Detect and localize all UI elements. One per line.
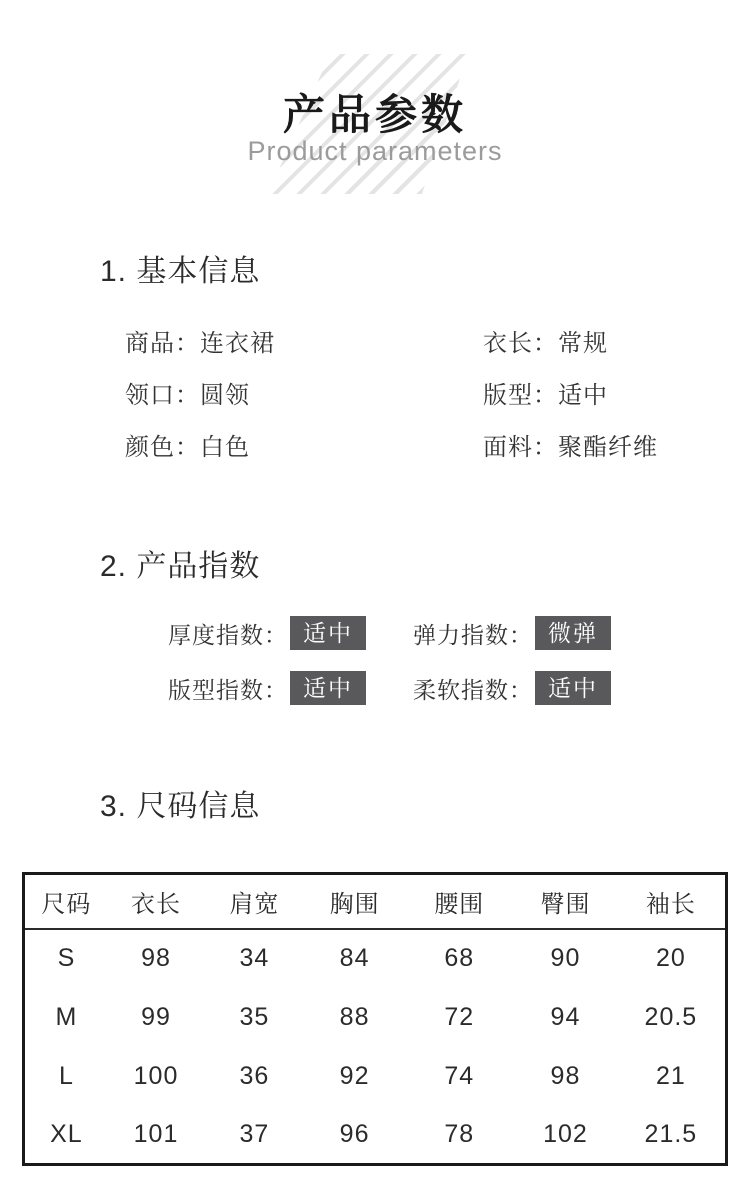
size-table-cell: L	[24, 1047, 108, 1106]
info-label: 商品：	[125, 330, 200, 357]
info-item-length: 衣长：常规	[483, 323, 608, 358]
size-table-cell: 101	[108, 1106, 204, 1165]
info-value: 连衣裙	[200, 330, 275, 357]
size-table-cell: 35	[204, 988, 305, 1047]
info-item-color: 颜色：白色	[125, 427, 250, 462]
size-table-header-row: 尺码 衣长 肩宽 胸围 腰围 臀围 袖长	[24, 874, 727, 929]
index-label: 柔软指数：	[413, 672, 533, 705]
section-heading-product-index: 2. 产品指数	[100, 541, 260, 585]
info-value: 圆领	[200, 382, 250, 409]
index-item-softness: 柔软指数： 适中	[413, 671, 611, 705]
size-table-body: S 98 34 84 68 90 20 M 99 35 88 72 94 20.…	[24, 929, 727, 1165]
section-heading-size-info: 3. 尺码信息	[100, 781, 260, 825]
size-table-cell: 72	[404, 988, 514, 1047]
size-table-cell: 98	[108, 929, 204, 988]
size-table-row: S 98 34 84 68 90 20	[24, 929, 727, 988]
size-table-header-cell: 衣长	[108, 874, 204, 929]
size-table-cell: 99	[108, 988, 204, 1047]
page-title: 产品参数	[0, 82, 750, 142]
info-item-product: 商品：连衣裙	[125, 323, 275, 358]
info-value: 聚酯纤维	[558, 434, 658, 461]
size-table-row: L 100 36 92 74 98 21	[24, 1047, 727, 1106]
index-item-thickness: 厚度指数： 适中	[168, 616, 366, 650]
size-table-cell: 98	[514, 1047, 617, 1106]
page-root: 产品参数 Product parameters 1. 基本信息 商品：连衣裙 衣…	[0, 0, 750, 1199]
index-item-fit: 版型指数： 适中	[168, 671, 366, 705]
size-table-header-cell: 腰围	[404, 874, 514, 929]
info-label: 颜色：	[125, 434, 200, 461]
size-table-header-cell: 尺码	[24, 874, 108, 929]
index-badge-fit: 适中	[290, 671, 366, 705]
index-label: 版型指数：	[168, 672, 288, 705]
size-table-cell: 34	[204, 929, 305, 988]
size-table-cell: 74	[404, 1047, 514, 1106]
index-label: 厚度指数：	[168, 617, 288, 650]
size-table-row: M 99 35 88 72 94 20.5	[24, 988, 727, 1047]
size-table-cell: 102	[514, 1106, 617, 1165]
index-label: 弹力指数：	[413, 617, 533, 650]
size-table-cell: 78	[404, 1106, 514, 1165]
size-table-head: 尺码 衣长 肩宽 胸围 腰围 臀围 袖长	[24, 874, 727, 929]
index-badge-thickness: 适中	[290, 616, 366, 650]
page-header: 产品参数 Product parameters	[0, 0, 750, 210]
size-table-cell: 92	[305, 1047, 405, 1106]
size-table-row: XL 101 37 96 78 102 21.5	[24, 1106, 727, 1165]
size-table-cell: 84	[305, 929, 405, 988]
index-item-elasticity: 弹力指数： 微弹	[413, 616, 611, 650]
info-value: 白色	[200, 434, 250, 461]
section-heading-basic-info: 1. 基本信息	[100, 246, 260, 290]
size-table-cell: 96	[305, 1106, 405, 1165]
size-table-header-cell: 肩宽	[204, 874, 305, 929]
size-table-cell: 94	[514, 988, 617, 1047]
info-label: 衣长：	[483, 330, 558, 357]
size-table-cell: 37	[204, 1106, 305, 1165]
info-item-fabric: 面料：聚酯纤维	[483, 427, 658, 462]
index-badge-softness: 适中	[535, 671, 611, 705]
size-table-cell: XL	[24, 1106, 108, 1165]
info-label: 领口：	[125, 382, 200, 409]
size-table-cell: 21	[617, 1047, 727, 1106]
info-value: 适中	[558, 382, 608, 409]
index-badge-elasticity: 微弹	[535, 616, 611, 650]
size-table-cell: S	[24, 929, 108, 988]
size-table-cell: 21.5	[617, 1106, 727, 1165]
size-table-header-cell: 臀围	[514, 874, 617, 929]
info-value: 常规	[558, 330, 608, 357]
size-table-header-cell: 袖长	[617, 874, 727, 929]
size-table-cell: 20	[617, 929, 727, 988]
size-table-cell: 90	[514, 929, 617, 988]
size-table-cell: 68	[404, 929, 514, 988]
page-subtitle: Product parameters	[0, 136, 750, 167]
info-item-neckline: 领口：圆领	[125, 375, 250, 410]
size-table-cell: 36	[204, 1047, 305, 1106]
info-label: 面料：	[483, 434, 558, 461]
info-item-fit: 版型：适中	[483, 375, 608, 410]
size-table-cell: 100	[108, 1047, 204, 1106]
size-table-header-cell: 胸围	[305, 874, 405, 929]
size-table-cell: 88	[305, 988, 405, 1047]
info-label: 版型：	[483, 382, 558, 409]
size-table-cell: 20.5	[617, 988, 727, 1047]
size-table-cell: M	[24, 988, 108, 1047]
size-table: 尺码 衣长 肩宽 胸围 腰围 臀围 袖长 S 98 34 84 68 90 20…	[22, 872, 728, 1166]
